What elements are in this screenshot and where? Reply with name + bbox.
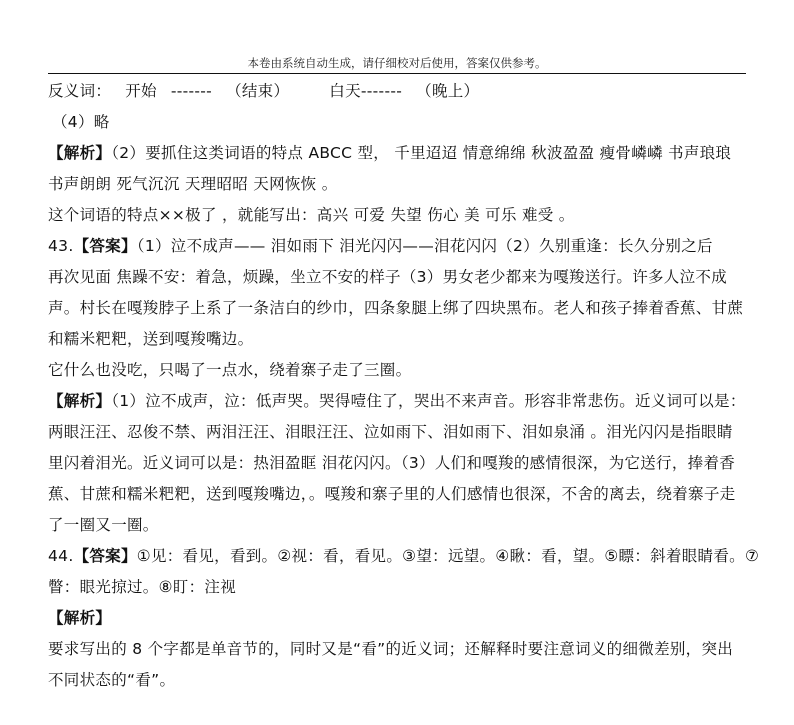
q44-answer-tag: 【答案】 (74, 547, 137, 565)
q44-answer-line-2: 瞥：眼光掠过。⑧盯：注视 (48, 572, 748, 603)
q44-answer-line-1: 44.【答案】①见：看见，看到。②视：看，看见。③望：远望。④瞅：看，望。⑤瞟：… (48, 541, 748, 572)
q44-analysis-line-1: 要求写出的 8 个字都是单音节的，同时又是“看”的近义词；还解释时要注意词义的细… (48, 634, 748, 665)
q43-answer-line-2: 再次见面 焦躁不安：着急，烦躁，坐立不安的样子（3）男女老少都来为嘎羧送行。许多… (48, 262, 748, 293)
antonym-dashes-1: ------- (171, 82, 212, 100)
q43-number: 43. (48, 237, 74, 255)
q43-analysis-text: （1）泣不成声，泣：低声哭。哭得噎住了，哭出不来声音。形容非常悲伤。近义词可以是… (111, 392, 745, 410)
antonym-answer-2: （晚上） (416, 82, 479, 100)
page-header-notice: 本卷由系统自动生成，请仔细校对后使用，答案仅供参考。 (48, 56, 746, 74)
q43-answer-text: （1）泣不成声—— 泪如雨下 泪光闪闪——泪花闪闪（2）久别重逢：长久分别之后 (137, 237, 713, 255)
q44-answer-text: ①见：看见，看到。②视：看，看见。③望：远望。④瞅：看，望。⑤瞟：斜着眼睛看。⑦ (137, 547, 759, 565)
antonym-answer-1: （结束） (226, 82, 289, 100)
q43-analysis-line-5: 了一圈又一圈。 (48, 510, 748, 541)
q43-answer-line-4: 和糯米粑粑，送到嘎羧嘴边。 (48, 324, 748, 355)
analysis-tag: 【解析】 (48, 144, 111, 162)
q44-analysis-tag-line: 【解析】 (48, 603, 748, 634)
analysis-1-line-3: 这个词语的特点××极了 ，就能写出：高兴 可爱 失望 伤心 美 可乐 难受 。 (48, 200, 748, 231)
q44-analysis-tag: 【解析】 (48, 609, 111, 627)
q43-analysis-line-2: 两眼汪汪、忍俊不禁、两泪汪汪、泪眼汪汪、泣如雨下、泪如雨下、泪如泉涌 。泪光闪闪… (48, 417, 748, 448)
q43-answer-line-3: 声。村长在嘎羧脖子上系了一条洁白的纱巾，四条象腿上绑了四块黑布。老人和孩子捧着香… (48, 293, 748, 324)
antonyms-line: 反义词：开始-------（结束）白天-------（晚上） (48, 76, 748, 107)
item-4-line: （4）略 (48, 107, 748, 138)
antonym-word-2: 白天------- (329, 82, 402, 100)
document-body: 反义词：开始-------（结束）白天-------（晚上） （4）略 【解析】… (48, 76, 748, 696)
q43-answer-tag: 【答案】 (74, 237, 137, 255)
q44-analysis-line-2: 不同状态的“看”。 (48, 665, 748, 696)
q44-number: 44. (48, 547, 74, 565)
q43-answer-line-5: 它什么也没吃，只喝了一点水，绕着寨子走了三圈。 (48, 355, 748, 386)
analysis-1-line-1: 【解析】（2）要抓住这类词语的特点 ABCC 型， 千里迢迢 情意绵绵 秋波盈盈… (48, 138, 748, 169)
antonym-word-1: 开始 (125, 82, 157, 100)
q43-analysis-line-3: 里闪着泪光。近义词可以是：热泪盈眶 泪花闪闪。（3）人们和嘎羧的感情很深，为它送… (48, 448, 748, 479)
q43-answer-line-1: 43.【答案】（1）泣不成声—— 泪如雨下 泪光闪闪——泪花闪闪（2）久别重逢：… (48, 231, 748, 262)
antonyms-label: 反义词： (48, 82, 111, 100)
header-rule (48, 73, 746, 74)
q43-analysis-line-1: 【解析】（1）泣不成声，泣：低声哭。哭得噎住了，哭出不来声音。形容非常悲伤。近义… (48, 386, 748, 417)
q43-analysis-tag: 【解析】 (48, 392, 111, 410)
analysis-1-text: （2）要抓住这类词语的特点 ABCC 型， 千里迢迢 情意绵绵 秋波盈盈 瘦骨嶙… (111, 144, 731, 162)
analysis-1-line-2: 书声朗朗 死气沉沉 天理昭昭 天网恢恢 。 (48, 169, 748, 200)
q43-analysis-line-4: 蕉、甘蔗和糯米粑粑，送到嘎羧嘴边，。嘎羧和寨子里的人们感情也很深，不舍的离去，绕… (48, 479, 748, 510)
